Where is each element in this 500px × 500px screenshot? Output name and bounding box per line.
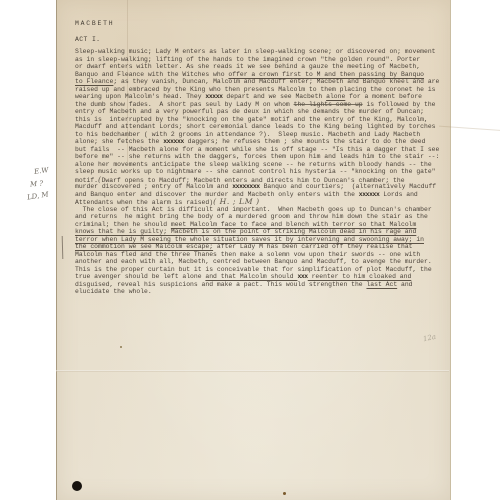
text-line: this is interrupted by the "knocking on …: [75, 116, 447, 124]
text-segment: terror when Lady M seeing the whole situ…: [75, 236, 424, 243]
page-title: MACBETH: [75, 20, 114, 27]
text-segment: this is interrupted by the "knocking on …: [75, 116, 428, 123]
text-segment: last Act: [366, 281, 397, 288]
pencil-margin-note: E.W: [34, 166, 50, 176]
text-line: elucidate the whole.: [75, 288, 447, 296]
text-segment: entry of Macbeth and a very powerful pas…: [75, 108, 424, 115]
text-line: as in sleep-walking; lifting of the hand…: [75, 56, 447, 64]
text-segment: the lights come up: [294, 101, 363, 108]
text-line: alone her movements anticipate the sleep…: [75, 161, 447, 169]
text-segment: Lords and: [379, 191, 417, 198]
text-segment: but fails -- Macbeth alone for a moment …: [75, 146, 439, 153]
text-segment: knows that he is guilty; Macbeth is on t…: [75, 228, 416, 235]
text-line: terror when Lady M seeing the whole situ…: [75, 236, 447, 244]
text-segment: Malcolm has fled and the three Thanes th…: [75, 251, 420, 258]
text-line: and Banquo enter and discover the murder…: [75, 191, 447, 199]
text-segment: the dumb show fades. A short pas seul by…: [75, 101, 294, 108]
text-segment: alone: [326, 93, 345, 100]
text-segment: true avenger should be left alone: [75, 273, 205, 280]
text-line: This is the proper curtain but it is con…: [75, 266, 447, 274]
text-line: entry of Macbeth and a very powerful pas…: [75, 108, 447, 116]
fold-crease-right: [439, 126, 500, 132]
text-segment: to his bedchamber ( with 2 grooms in att…: [75, 131, 420, 138]
text-segment: The close of this Act is difficult and i…: [75, 206, 432, 213]
text-segment: for a moment before: [345, 93, 422, 100]
text-segment: meet Malcolm face to face and blench wit…: [171, 221, 416, 228]
text-segment: and that Malcolm should: [205, 273, 297, 280]
text-segment: Banquo and courtiers; (alternatively Mac…: [260, 183, 436, 190]
text-line: and returns he might bring the body of a…: [75, 213, 447, 221]
text-segment: or dwarf enters with letter. As she read…: [75, 63, 420, 70]
text-line: motif.(Dwarf opens to Macduff; Macbeth e…: [75, 176, 447, 184]
text-line: murder discovered ; entry of Malcolm and…: [75, 183, 447, 191]
text-line: criminal; then he should meet Malcolm fa…: [75, 221, 447, 229]
typewritten-text-block: Sleep-walking music; Lady M enters as la…: [75, 48, 447, 296]
text-line: disguised, reveal his suspicions and mak…: [75, 281, 447, 289]
text-segment: elucidate the whole.: [75, 288, 152, 295]
text-segment: Sleep-walking music; Lady M enters as la…: [75, 48, 436, 55]
text-segment: the commotion we see Malcolm escape;: [75, 243, 213, 250]
text-line: knows that he is guilty; Macbeth is on t…: [75, 228, 447, 236]
text-line: Attendants when the alarm is raised)( H.…: [75, 198, 447, 206]
text-line: to his bedchamber ( with 2 grooms in att…: [75, 131, 447, 139]
text-segment: xxxxxx: [163, 138, 184, 145]
text-line: before me" -- she returns with the dagge…: [75, 153, 447, 161]
text-segment: xxxxx: [205, 93, 222, 100]
text-line: The close of this Act is difficult and i…: [75, 206, 447, 214]
text-segment: and: [397, 281, 412, 288]
text-line: Macduff and attendant Lords; short cerem…: [75, 123, 447, 131]
text-segment: wearing upon Malcolm's head. They: [75, 93, 205, 100]
text-line: the commotion we see Malcolm escape; aft…: [75, 243, 447, 251]
text-segment: another and each with all, Macbeth, cent…: [75, 258, 432, 265]
text-segment: alone; she fetches the: [75, 138, 163, 145]
paper-speck: [120, 346, 122, 348]
text-segment: disguised, reveal his suspicions and mak…: [75, 281, 366, 288]
text-line: true avenger should be left alone and th…: [75, 273, 447, 281]
text-line: Malcolm has fled and the three Thanes th…: [75, 251, 447, 259]
text-segment: after Lady M has been carried off they r…: [213, 243, 412, 250]
text-segment: criminal; then he should: [75, 221, 171, 228]
text-line: wearing upon Malcolm's head. They xxxxx …: [75, 93, 447, 101]
text-segment: Banquo and Fleance with the Witches who: [75, 71, 228, 78]
text-segment: alone her movements anticipate the sleep…: [75, 161, 432, 168]
text-segment: ; as they vanish, Duncan, Malcolm and Ma…: [113, 78, 439, 85]
text-segment: This is the proper curtain but it is con…: [75, 266, 432, 273]
text-line: the dumb show fades. A short pas seul by…: [75, 101, 447, 109]
act-heading: ACT I.: [75, 36, 100, 43]
text-segment: to Fleance: [75, 78, 113, 85]
scanned-document: MACBETH ACT I. Sleep-walking music; Lady…: [0, 0, 500, 500]
fold-crease-horizontal: [56, 370, 449, 372]
text-segment: before me" -- she returns with the dagge…: [75, 153, 439, 160]
text-segment: is followed by the: [363, 101, 436, 108]
text-line: or dwarf enters with letter. As she read…: [75, 63, 447, 71]
pencil-margin-note: M ?: [30, 180, 44, 189]
text-segment: murder discovered ; entry of Malcolm and: [75, 183, 232, 190]
pencil-margin-note: LD, M: [27, 190, 50, 201]
text-segment: as in sleep-walking; lifting of the hand…: [75, 56, 420, 63]
text-segment: raised up and embraced by the King who t…: [75, 86, 436, 93]
paper-speck: [283, 492, 286, 495]
text-segment: Macduff and attendant Lords; short cerem…: [75, 123, 436, 130]
text-segment: reenter to him cloaked and: [308, 273, 412, 280]
text-line: Banquo and Fleance with the Witches who …: [75, 71, 447, 79]
punch-hole: [72, 481, 82, 491]
text-segment: xxxxxx: [359, 191, 380, 198]
text-line: but fails -- Macbeth alone for a moment …: [75, 146, 447, 154]
text-segment: depart and we see Macbeth: [223, 93, 327, 100]
text-line: alone; she fetches the xxxxxx daggers; h…: [75, 138, 447, 146]
text-segment: offer a crown first to M and then passin…: [228, 71, 424, 78]
text-line: sleep music works up to nightmare -- she…: [75, 168, 447, 176]
text-segment: sleep music works up to nightmare -- she…: [75, 168, 436, 175]
text-line: raised up and embraced by the King who t…: [75, 86, 447, 94]
text-line: another and each with all, Macbeth, cent…: [75, 258, 447, 266]
text-segment: daggers; he refuses them ; she mounts th…: [184, 138, 426, 145]
text-line: Sleep-walking music; Lady M enters as la…: [75, 48, 447, 56]
text-segment: xxxxxxxx: [232, 183, 259, 190]
text-line: to Fleance; as they vanish, Duncan, Malc…: [75, 78, 447, 86]
text-segment: and returns he might bring the body of a…: [75, 213, 428, 220]
text-segment: xxx: [297, 273, 307, 280]
